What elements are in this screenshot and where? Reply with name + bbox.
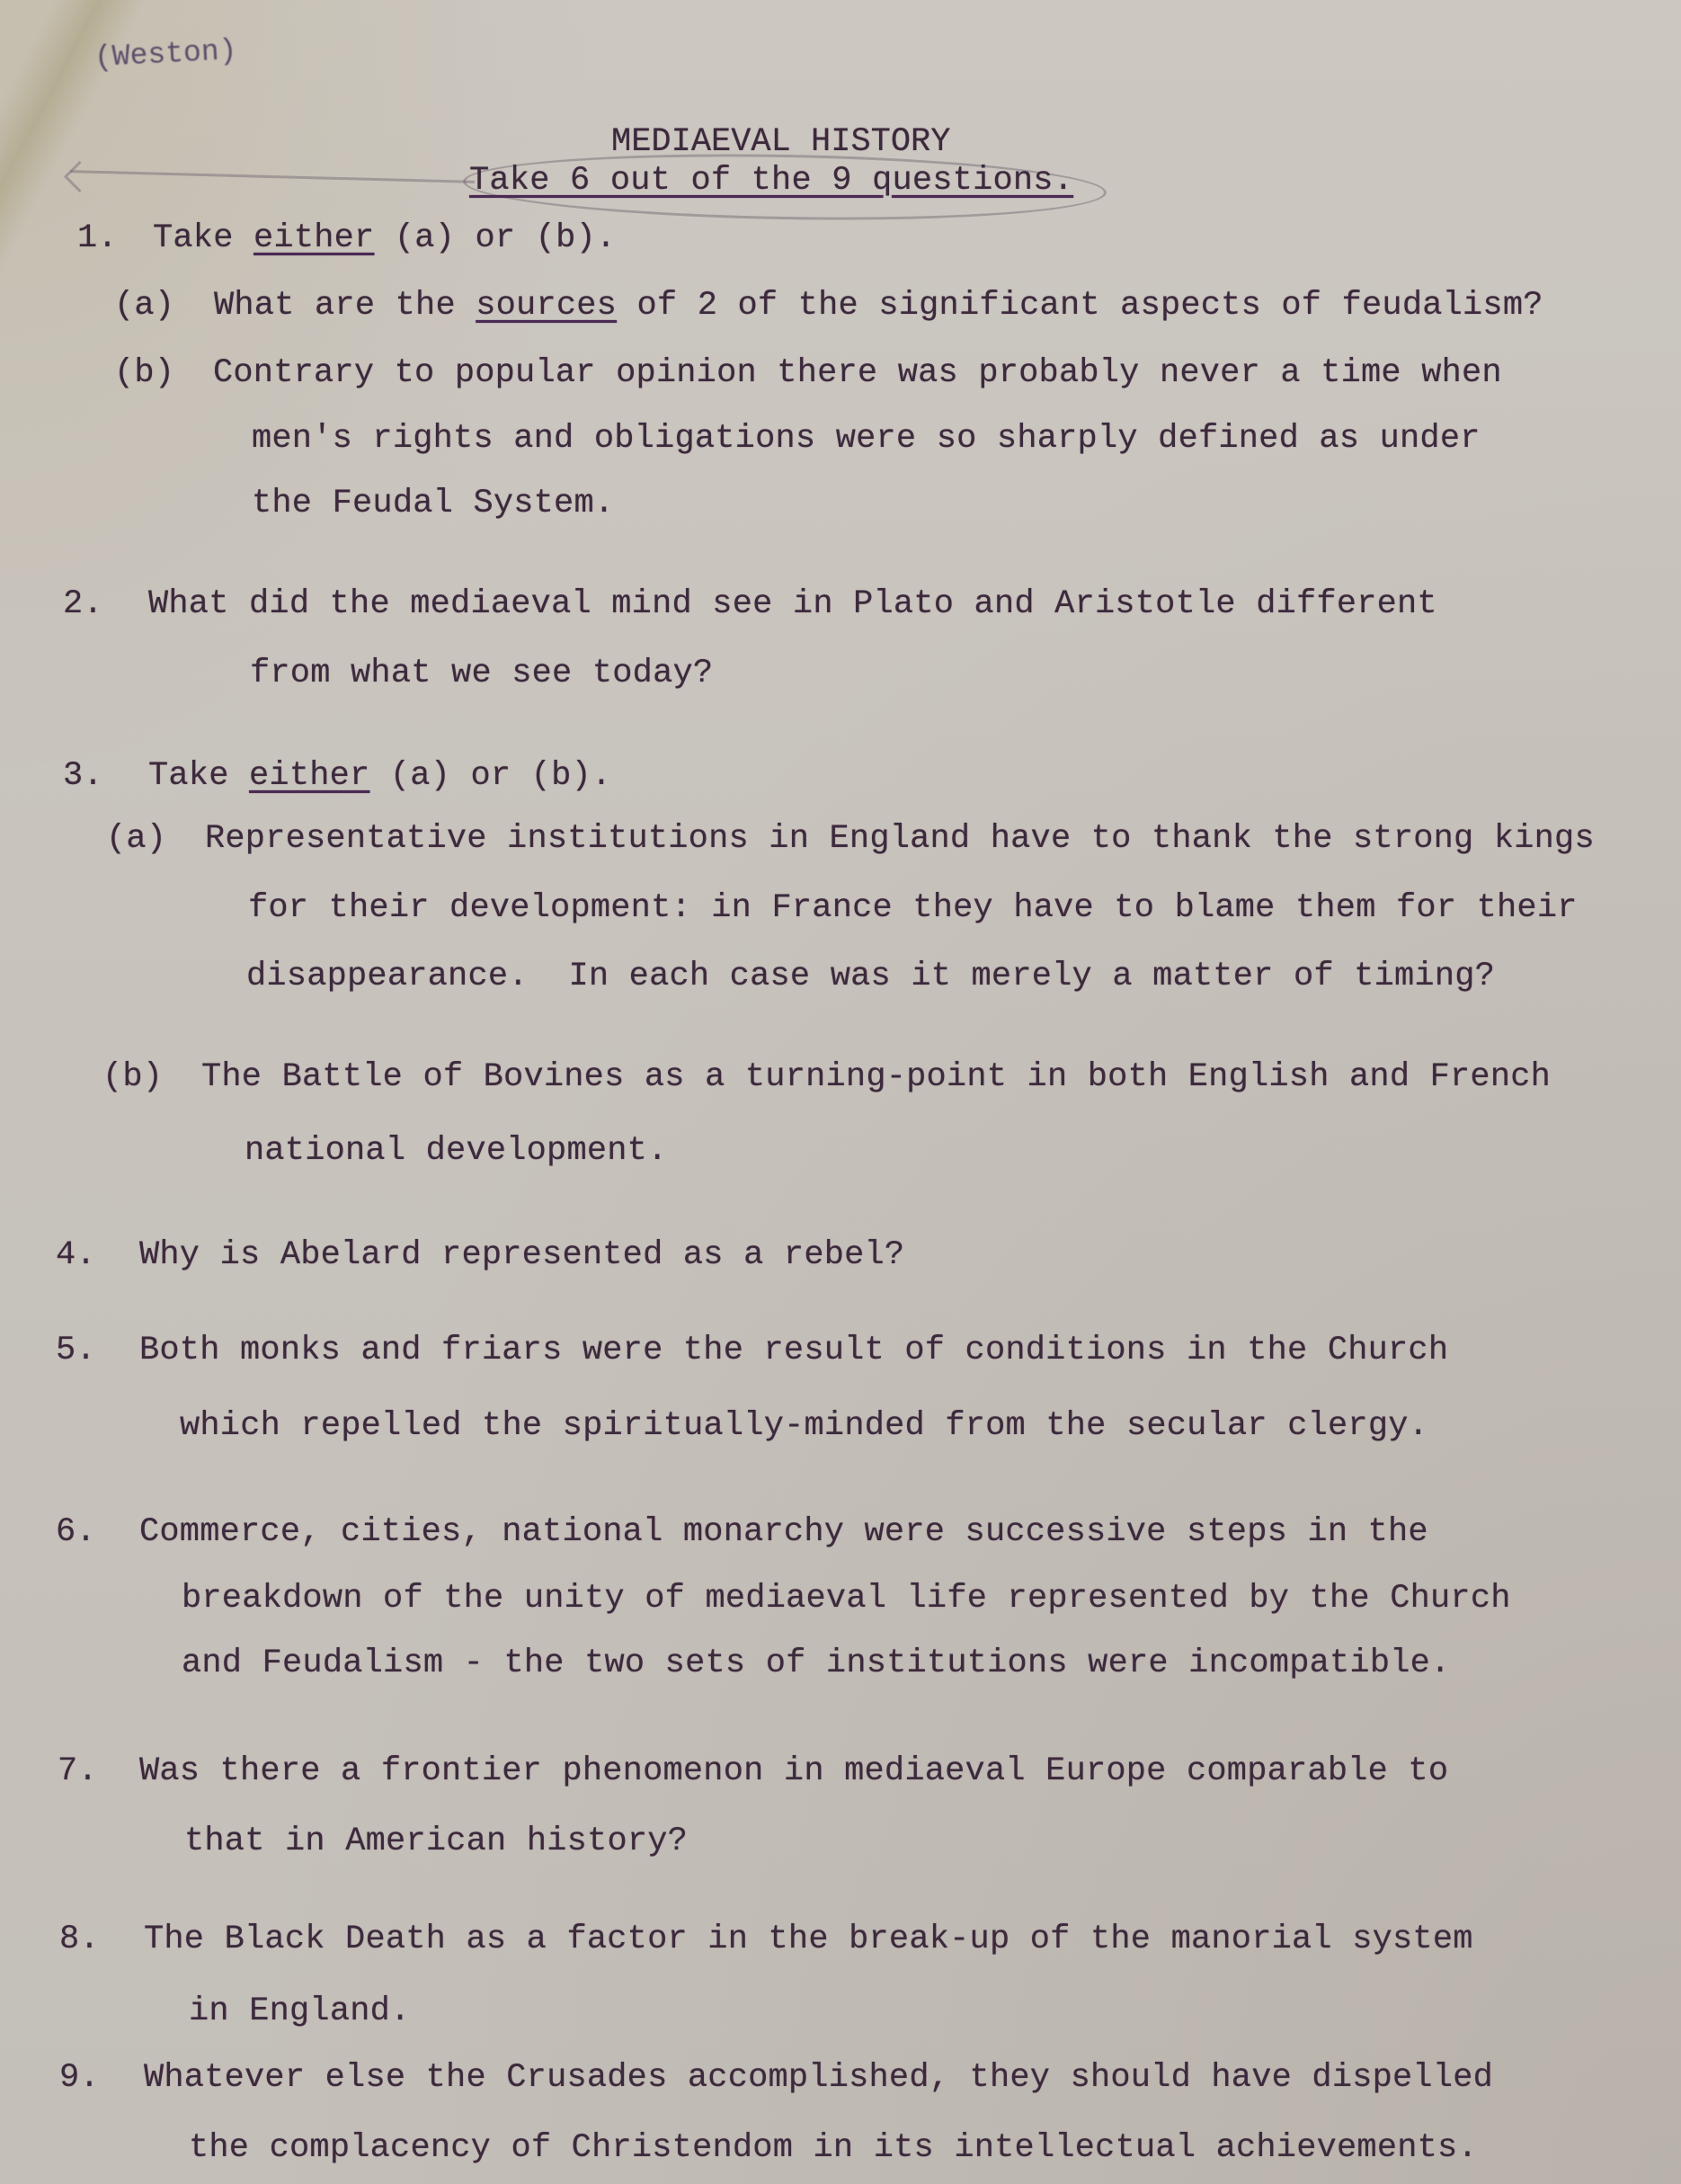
part-text-segment: of 2 of the significant aspects of feuda… [617, 287, 1543, 325]
question-number: 3. [63, 760, 103, 793]
part-text-line: national development. [245, 1135, 667, 1168]
question-line: which repelled the spiritually-minded fr… [180, 1410, 1428, 1443]
handwritten-note: (Weston) [93, 34, 237, 75]
part-label: (a) [106, 823, 166, 856]
part-label: (b) [102, 1061, 163, 1094]
part-text-line: The Battle of Bovines as a turning-point… [201, 1061, 1551, 1094]
lead-text: (a) or (b). [374, 219, 616, 257]
question-line: and Feudalism - the two sets of institut… [182, 1647, 1450, 1680]
question-line: the complacency of Christendom in its in… [189, 2132, 1478, 2165]
part-text-segment: What are the [214, 287, 476, 325]
question-lead: Take either (a) or (b). [153, 222, 616, 255]
question-line: breakdown of the unity of mediaeval life… [182, 1582, 1511, 1616]
part-text-line: Contrary to popular opinion there was pr… [213, 357, 1502, 390]
pencil-arrowhead-icon [64, 161, 95, 192]
emphasis-text: either [253, 219, 374, 257]
part-text-line: for their development: in France they ha… [248, 892, 1578, 925]
question-line: that in American history? [184, 1825, 688, 1859]
part-text-line: Representative institutions in England h… [205, 823, 1595, 856]
part-text: What are the sources of 2 of the signifi… [214, 290, 1543, 323]
part-text-line: disappearance. In each case was it merel… [246, 960, 1495, 994]
part-label: (a) [114, 290, 174, 323]
part-text-line: men's rights and obligations were so sha… [252, 423, 1481, 456]
question-number: 1. [77, 222, 118, 255]
lead-text: Take [148, 757, 249, 795]
emphasis-text: sources [476, 287, 617, 325]
lead-text: Take [153, 219, 253, 257]
question-line: Was there a frontier phenomenon in media… [139, 1755, 1448, 1788]
instructions: Take 6 out of the 9 questions. [469, 165, 1073, 198]
part-label: (b) [114, 357, 174, 390]
question-line: The Black Death as a factor in the break… [144, 1923, 1473, 1957]
question-line: from what we see today? [250, 657, 713, 691]
question-lead: Take either (a) or (b). [148, 760, 611, 793]
question-line: in England. [189, 1995, 410, 2028]
pencil-arrow-annotation [70, 170, 475, 183]
question-number: 6. [56, 1516, 96, 1549]
lead-text: (a) or (b). [369, 757, 611, 795]
question-number: 4. [56, 1239, 96, 1272]
question-line: Both monks and friars were the result of… [139, 1334, 1448, 1368]
question-number: 8. [59, 1923, 100, 1957]
question-number: 7. [58, 1755, 98, 1788]
question-number: 5. [56, 1334, 96, 1368]
question-line: Why is Abelard represented as a rebel? [139, 1239, 904, 1272]
part-text-line: the Feudal System. [252, 487, 614, 521]
question-number: 9. [59, 2062, 100, 2095]
question-line: Whatever else the Crusades accomplished,… [144, 2062, 1493, 2095]
question-line: Commerce, cities, national monarchy were… [139, 1516, 1428, 1549]
emphasis-text: either [249, 757, 369, 795]
question-number: 2. [63, 588, 103, 621]
question-line: What did the mediaeval mind see in Plato… [148, 588, 1437, 621]
